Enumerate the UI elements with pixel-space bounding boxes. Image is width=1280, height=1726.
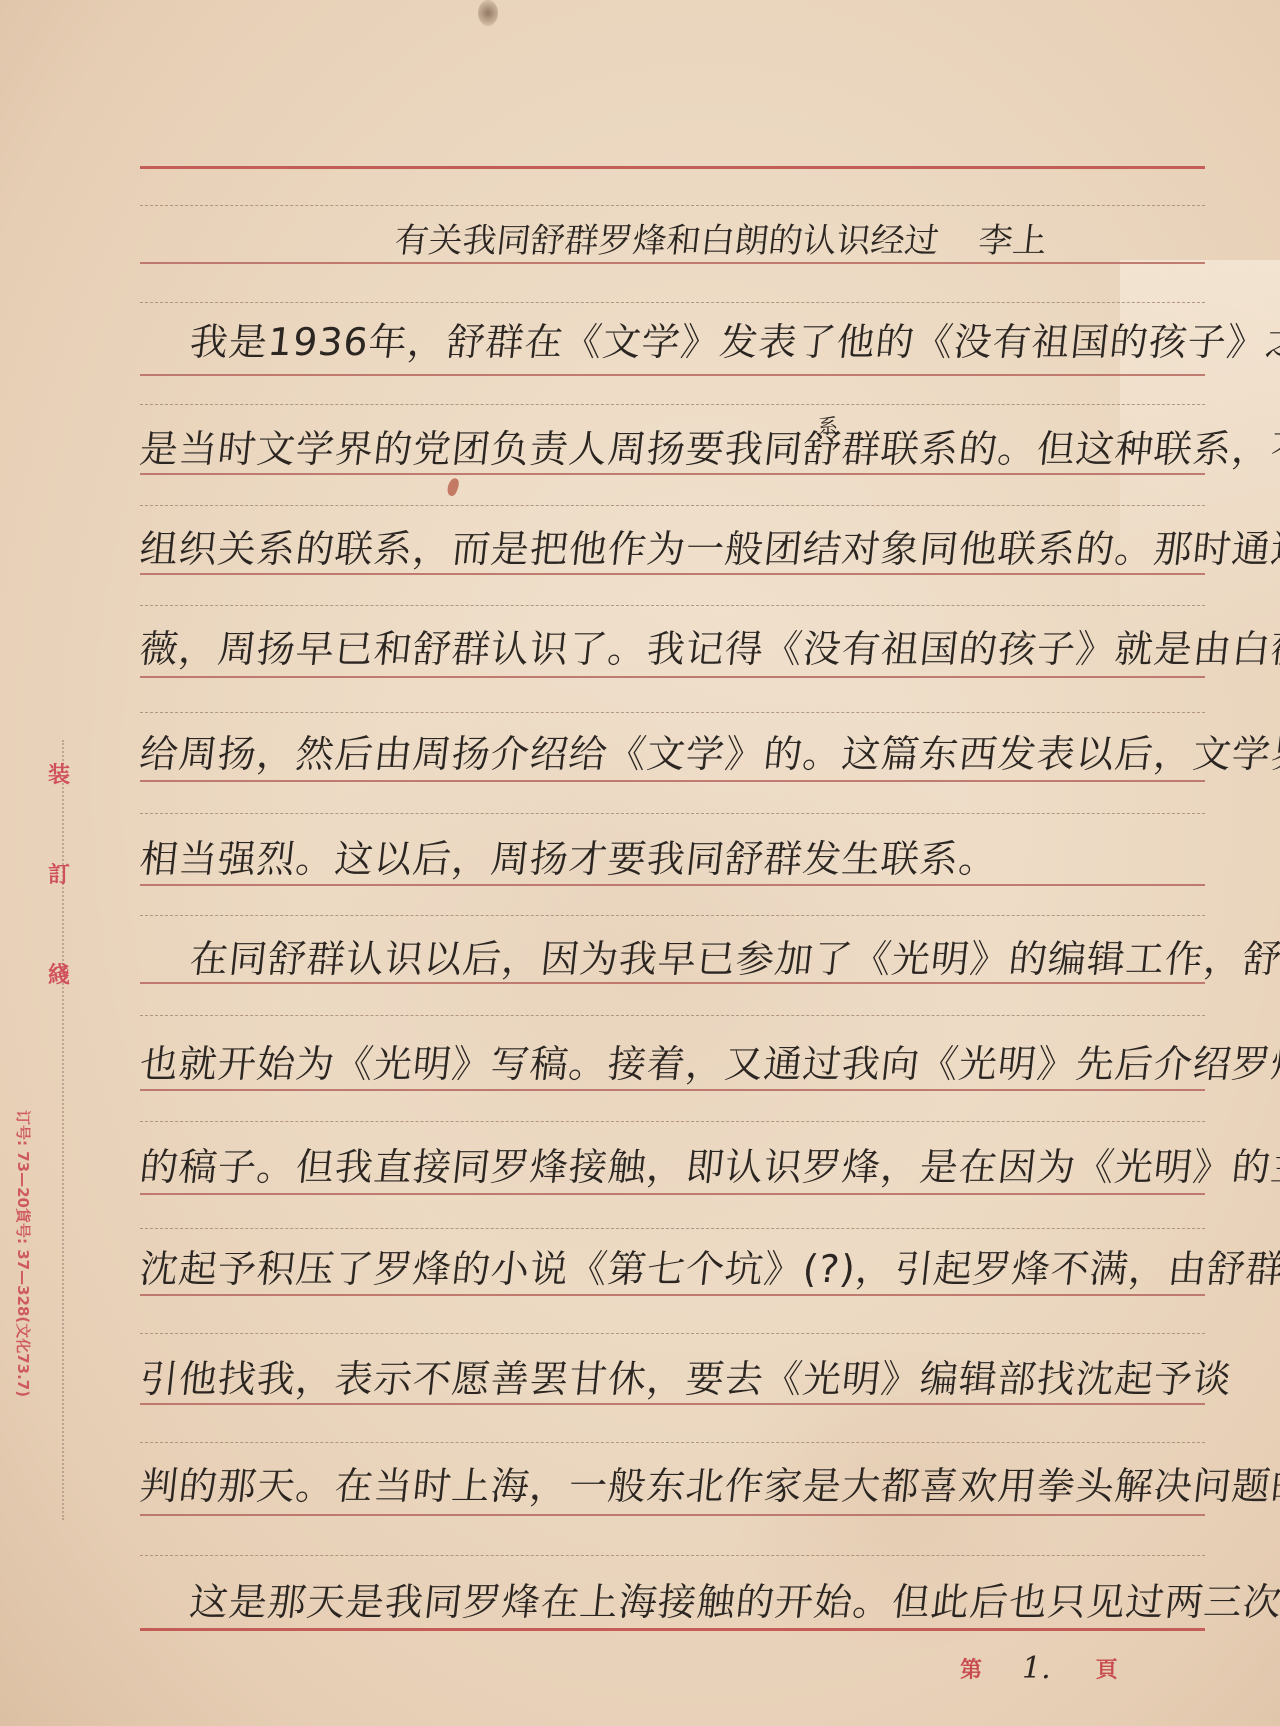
rule [140, 374, 1205, 376]
rule [140, 1403, 1205, 1405]
rule [140, 780, 1205, 782]
paper-serial-number: 订号: 73—20貨号: 37—328(文化73.7) [13, 1110, 34, 1397]
binding-guide [62, 740, 64, 1520]
rule [140, 262, 1205, 264]
dotted-rule [140, 1555, 1205, 1556]
binding-label: 綫 [48, 958, 70, 989]
dotted-rule [140, 1015, 1205, 1016]
document-title: 有关我同舒群罗烽和白朗的认识经过 [393, 221, 941, 261]
dotted-rule [140, 205, 1205, 206]
top-red-rule [140, 166, 1205, 169]
manuscript-page: 有关我同舒群罗烽和白朗的认识经过李上 系 我是1936年，舒群在《文学》发表了他… [0, 0, 1280, 1726]
dotted-rule [140, 1121, 1205, 1122]
dotted-rule [140, 1228, 1205, 1229]
ink-blot [445, 477, 461, 497]
text-line: 薇，周扬早已和舒群认识了。我记得《没有祖国的孩子》就是由白薇转 [137, 625, 1217, 673]
rule [140, 1514, 1205, 1516]
dotted-rule [140, 915, 1205, 916]
text-line: 相当强烈。这以后，周扬才要我同舒群发生联系。 [137, 835, 1217, 883]
rule [140, 1294, 1205, 1296]
text-line: 这是那天是我同罗烽在上海接触的开始。但此后也只见过两三次 [137, 1578, 1217, 1626]
ink-mark [478, 0, 498, 26]
author-name: 李上 [977, 221, 1049, 261]
dotted-rule [140, 813, 1205, 814]
rule [140, 676, 1205, 678]
dotted-rule [140, 605, 1205, 606]
page-number-value: 1. [1022, 1651, 1051, 1686]
page-label: 第 [960, 1653, 982, 1684]
rule [140, 473, 1205, 475]
dotted-rule [140, 712, 1205, 713]
text-line: 的稿子。但我直接同罗烽接触，即认识罗烽，是在因为《光明》的主编 [137, 1143, 1217, 1191]
dotted-rule [140, 404, 1205, 405]
rule [140, 573, 1205, 575]
page-unit: 頁 [1096, 1653, 1118, 1684]
text-line: 是当时文学界的党团负责人周扬要我同舒群联系的。但这种联系，不是党的 [137, 425, 1217, 473]
text-line: 我是1936年，舒群在《文学》发表了他的《没有祖国的孩子》之后，才认识他的。 [137, 318, 1217, 366]
text-line: 给周扬，然后由周扬介绍给《文学》的。这篇东西发表以后，文学界的反应 [137, 730, 1217, 778]
text-line: 判的那天。在当时上海，一般东北作家是大都喜欢用拳头解决问题的。 [137, 1462, 1217, 1510]
binding-label: 訂 [48, 858, 70, 889]
dotted-rule [140, 1333, 1205, 1334]
page-number: 第 1. 頁 [960, 1648, 1160, 1688]
text-line: 引他找我，表示不愿善罢甘休，要去《光明》编辑部找沈起予谈 [137, 1355, 1217, 1403]
rule [140, 884, 1205, 886]
text-line: 组织关系的联系，而是把他作为一般团结对象同他联系的。那时通过白 [137, 525, 1217, 573]
rule [140, 1193, 1205, 1195]
text-line: 在同舒群认识以后，因为我早已参加了《光明》的编辑工作，舒群 [137, 935, 1217, 983]
text-line: 沈起予积压了罗烽的小说《第七个坑》(?)，引起罗烽不满，由舒群 [137, 1245, 1217, 1293]
dotted-rule [140, 1442, 1205, 1443]
text-line: 也就开始为《光明》写稿。接着，又通过我向《光明》先后介绍罗烽、白朗 [137, 1040, 1217, 1088]
dotted-rule [140, 302, 1205, 303]
dotted-rule [140, 505, 1205, 506]
document-title-line: 有关我同舒群罗烽和白朗的认识经过李上 [392, 213, 1049, 262]
bottom-red-rule [140, 1628, 1205, 1631]
rule [140, 1089, 1205, 1091]
binding-label: 装 [48, 758, 70, 789]
